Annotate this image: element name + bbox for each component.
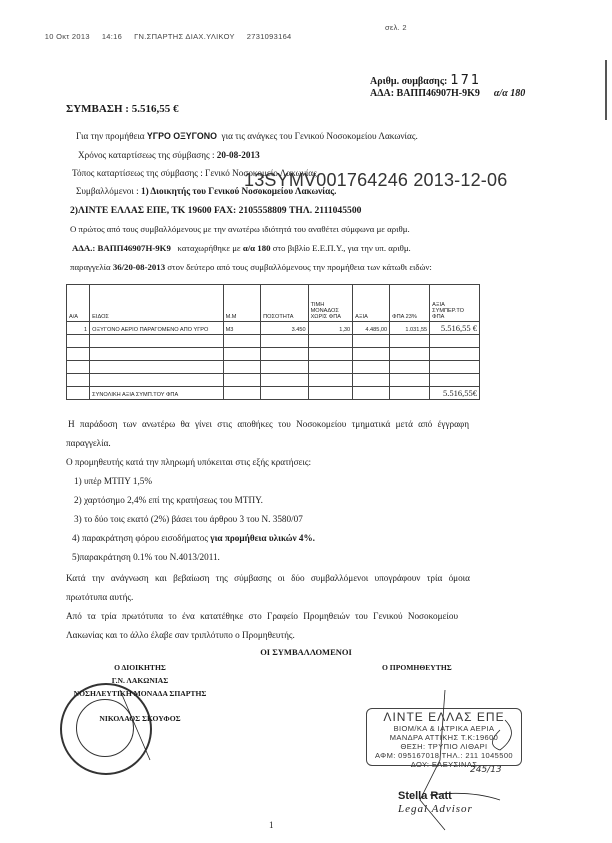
ada-code: ΑΔΑ: ΒΑΠΠ46907Η-9Κ9 bbox=[370, 88, 480, 99]
table-row-empty bbox=[67, 361, 480, 374]
ada-line: ΑΔΑ: ΒΑΠΠ46907Η-9Κ9α/α 180 bbox=[370, 88, 525, 99]
deductions-intro: Ο προμηθευτής κατά την πληρωμή υπόκειται… bbox=[66, 457, 311, 467]
stamp-line: ΘΕΣΗ: ΤΡΥΠΙΟ ΛΙΘΑΡΙ bbox=[367, 742, 521, 751]
signer-role: Legal Advisor bbox=[398, 803, 473, 815]
cell-value: 4.485,00 bbox=[353, 322, 390, 335]
time-line: Χρόνος καταρτίσεως της σύμβασης : 20-08-… bbox=[78, 150, 260, 160]
supply-prefix: Για την προμήθεια bbox=[76, 131, 145, 141]
table-header-row: Α/Α ΕΙΔΟΣ Μ.Μ ΠΟΣΟΤΗΤΑ ΤΙΜΗ ΜΟΝΑΔΟΣ ΧΩΡΙ… bbox=[67, 285, 480, 322]
fax-page: σελ. 2 bbox=[385, 23, 407, 32]
total-label: ΣΥΝΟΛΙΚΗ ΑΞΙΑ ΣΥΜΠ.ΤΟΥ ΦΠΑ bbox=[90, 387, 223, 400]
fax-phone: 2731093164 bbox=[247, 32, 292, 41]
order-suffix: στον δεύτερο από τους συμβαλλόμενους την… bbox=[167, 262, 431, 272]
parties-line: Συμβαλλόμενοι : 1) Διοικητής του Γενικού… bbox=[76, 186, 336, 196]
delivery-line-2: παραγγελία. bbox=[66, 438, 111, 448]
contract-number-label: Αριθμ. συμβασης: bbox=[370, 76, 447, 87]
table-row: 1 ΟΞΥΓΟΝΟ ΑΕΡΙΟ ΠΑΡΑΓΟΜΕΝΟ ΑΠΟ ΥΓΡΟ Μ3 3… bbox=[67, 322, 480, 335]
supply-line: Για την προμήθεια ΥΓΡΟ ΟΞΥΓΟΝΟ για τις α… bbox=[76, 131, 418, 141]
col-header-total: ΑΞΙΑ ΣΥΜΠΕΡ.ΤΟ ΦΠΑ bbox=[430, 285, 480, 322]
stamp-line: ΑΦΜ: 095167018 ΤΗΛ.: 211 1045500 bbox=[367, 751, 521, 760]
deduction-3: 3) το δύο τοις εκατό (2%) βάσει του άρθρ… bbox=[74, 514, 303, 524]
cell-qty: 3.450 bbox=[261, 322, 308, 335]
party-1: 1) Διοικητής του Γενικού Νοσοκομείου Λακ… bbox=[141, 186, 336, 196]
assign-end: στο βιβλίο Ε.Ε.Π.Υ., για την υπ. αριθμ. bbox=[273, 243, 411, 253]
supply-item: ΥΓΡΟ ΟΞΥΓΟΝΟ bbox=[147, 131, 217, 141]
cell-aa: 1 bbox=[67, 322, 90, 335]
total-value: 5.516,55€ bbox=[430, 387, 480, 400]
director-name: ΝΙΚΟΛΑΟΣ ΣΚΟΥΦΟΣ bbox=[60, 712, 220, 725]
director-org-1: Γ.Ν. ΛΑΚΩΝΙΑΣ bbox=[60, 674, 220, 687]
order-line: παραγγελία 36/20-08-2013 στον δεύτερο απ… bbox=[70, 262, 432, 272]
director-role: Ο ΔΙΟΙΚΗΤΗΣ bbox=[60, 661, 220, 674]
fax-sender: ΓΝ.ΣΠΑΡΤΗΣ ΔΙΑΧ.ΥΛΙΚΟΥ bbox=[134, 32, 235, 41]
time-label: Χρόνος καταρτίσεως της σύμβασης : bbox=[78, 150, 215, 160]
parties-label: Συμβαλλόμενοι : bbox=[76, 186, 139, 196]
signature-block-director: Ο ΔΙΟΙΚΗΤΗΣ Γ.Ν. ΛΑΚΩΝΙΑΣ ΝΟΣΗΛΕΥΤΙΚΗ ΜΟ… bbox=[60, 661, 220, 725]
page-number: 1 bbox=[269, 820, 274, 830]
closing-p2-line1: Από τα τρία πρωτότυπα το ένα κατατέθηκε … bbox=[66, 611, 458, 621]
fax-time: 14:16 bbox=[102, 32, 122, 41]
stamp-line: ΒΙΟΜ/ΚΑ & ΙΑΤΡΙΚΑ ΑΕΡΙΑ bbox=[367, 724, 521, 733]
parties-heading: ΟΙ ΣΥΜΒΑΛΛΟΜΕΝΟΙ bbox=[0, 647, 612, 657]
party-2: 2)ΛΙΝΤΕ ΕΛΛΑΣ ΕΠΕ, ΤΚ 19600 FAX: 2105558… bbox=[70, 205, 361, 216]
table-total-row: ΣΥΝΟΛΙΚΗ ΑΞΙΑ ΣΥΜΠ.ΤΟΥ ΦΠΑ 5.516,55€ bbox=[67, 387, 480, 400]
stamp-line: ΛΙΝΤΕ ΕΛΛΑΣ ΕΠΕ bbox=[367, 711, 521, 724]
deduction-4-bold: για προμήθεια υλικών 4%. bbox=[210, 533, 315, 543]
col-header-vat: ΦΠΑ 23% bbox=[390, 285, 430, 322]
handwritten-ref: 245/13 bbox=[470, 765, 502, 775]
items-table: Α/Α ΕΙΔΟΣ Μ.Μ ΠΟΣΟΤΗΤΑ ΤΙΜΗ ΜΟΝΑΔΟΣ ΧΩΡΙ… bbox=[66, 284, 480, 400]
table-row-empty bbox=[67, 335, 480, 348]
col-header-item: ΕΙΔΟΣ bbox=[90, 285, 223, 322]
col-header-unit: Μ.Μ bbox=[223, 285, 261, 322]
cell-unit: Μ3 bbox=[223, 322, 261, 335]
assign-ada: ΑΔΑ.: ΒΑΠΠ46907Η-9Κ9 bbox=[72, 243, 171, 253]
contract-number-value: 171 bbox=[450, 73, 481, 88]
table-row-empty bbox=[67, 374, 480, 387]
supplier-role: Ο ΠΡΟΜΗΘΕΥΤΗΣ bbox=[382, 663, 452, 672]
order-number: 36/20-08-2013 bbox=[113, 262, 165, 272]
table-row-empty bbox=[67, 348, 480, 361]
cell-total: 5.516,55 € bbox=[430, 322, 480, 335]
assign-aa: α/α 180 bbox=[243, 243, 271, 253]
signer-name: Stella Ratt bbox=[398, 790, 452, 802]
closing-p1-line1: Κατά την ανάγνωση και βεβαίωση της σύμβα… bbox=[66, 573, 470, 583]
col-header-value: ΑΞΙΑ bbox=[353, 285, 390, 322]
col-header-unit-price: ΤΙΜΗ ΜΟΝΑΔΟΣ ΧΩΡΙΣ ΦΠΑ bbox=[308, 285, 353, 322]
deduction-4: 4) παρακράτηση φόρου εισοδήματος για προ… bbox=[72, 533, 315, 543]
contract-number: Αριθμ. συμβασης:171 bbox=[370, 73, 481, 88]
time-value: 20-08-2013 bbox=[217, 150, 260, 160]
deduction-4-prefix: 4) παρακράτηση φόρου εισοδήματος bbox=[72, 533, 208, 543]
fax-date: 10 Οκτ 2013 bbox=[45, 32, 90, 41]
deduction-2: 2) χαρτόσημο 2,4% επί της κρατήσεως του … bbox=[74, 495, 263, 505]
assign-line-1: Ο πρώτος από τους συμβαλλόμενους με την … bbox=[70, 224, 410, 234]
delivery-line-1: Η παράδοση των ανωτέρω θα γίνει στις απο… bbox=[68, 419, 469, 429]
col-header-aa: Α/Α bbox=[67, 285, 90, 322]
closing-p1-line2: πρωτότυπα αυτής. bbox=[66, 592, 133, 602]
cell-unit-price: 1,30 bbox=[308, 322, 353, 335]
cell-item: ΟΞΥΓΟΝΟ ΑΕΡΙΟ ΠΑΡΑΓΟΜΕΝΟ ΑΠΟ ΥΓΡΟ bbox=[90, 322, 223, 335]
stamp-line: ΜΑΝΔΡΑ ΑΤΤΙΚΗΣ Τ.Κ:19600 bbox=[367, 733, 521, 742]
deduction-5: 5)παρακράτηση 0.1% του Ν.4013/2011. bbox=[72, 552, 220, 562]
ada-aa: α/α 180 bbox=[494, 88, 525, 99]
deduction-1: 1) υπέρ ΜΤΠΥ 1,5% bbox=[74, 476, 152, 486]
scan-edge-mark bbox=[605, 60, 607, 120]
order-prefix: παραγγελία bbox=[70, 262, 111, 272]
assign-line-2: ΑΔΑ.: ΒΑΠΠ46907Η-9Κ9 καταχωρήθηκε με α/α… bbox=[72, 243, 411, 253]
contract-title: ΣΥΜΒΑΣΗ : 5.516,55 € bbox=[66, 103, 178, 115]
closing-p2-line2: Λακωνίας και το άλλο έλαβε σαν τριπλότυπ… bbox=[66, 630, 295, 640]
place-label: Τόπος καταρτίσεως της σύμβασης : bbox=[72, 168, 203, 178]
col-header-qty: ΠΟΣΟΤΗΤΑ bbox=[261, 285, 308, 322]
supplier-stamp: ΛΙΝΤΕ ΕΛΛΑΣ ΕΠΕ ΒΙΟΜ/ΚΑ & ΙΑΤΡΙΚΑ ΑΕΡΙΑ … bbox=[366, 708, 522, 766]
supply-suffix: για τις ανάγκες του Γενικού Νοσοκομείου … bbox=[222, 131, 418, 141]
fax-header: 10 Οκτ 201314:16ΓΝ.ΣΠΑΡΤΗΣ ΔΙΑΧ.ΥΛΙΚΟΥ27… bbox=[40, 23, 304, 50]
director-org-2: ΝΟΣΗΛΕΥΤΙΚΗ ΜΟΝΑΔΑ ΣΠΑΡΤΗΣ bbox=[60, 687, 220, 700]
cell-vat: 1.031,55 bbox=[390, 322, 430, 335]
assign-mid: καταχωρήθηκε με bbox=[177, 243, 240, 253]
